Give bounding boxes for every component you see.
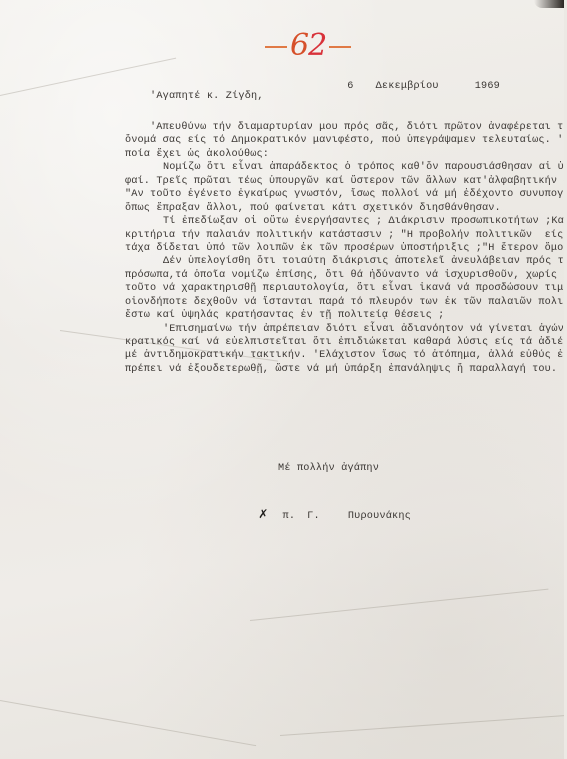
body-line: φαί. Τρεῖς πρῶται τέως ὑπουργῶν καί ὕστε… <box>125 175 545 188</box>
body-line: πρέπει νά ἐξουδετερωθῇ, ὥστε νά μή ὑπάρξ… <box>125 363 545 376</box>
signature-surname: Πυρουνάκης <box>348 511 411 522</box>
body-line: 'Απευθύνω τήν διαμαρτυρίαν μου πρός σᾶς,… <box>125 121 545 134</box>
paper-crease <box>0 700 256 746</box>
letter-date: 6Δεκεμβρίου1969 <box>322 70 500 103</box>
body-line: μέ ἀντιδημοκρατικήν τακτικήν. 'Ελάχιστον… <box>125 349 545 362</box>
body-line: κριτήρια τήν παλαιάν πολιτικήν κατάστασι… <box>125 229 545 242</box>
body-line: ἔστω καί ὑψηλάς κρατήσαντας ἐν τῇ πολιτε… <box>125 309 545 322</box>
signature-initial: π. <box>283 511 296 522</box>
salutation: 'Αγαπητέ κ. Ζίγδη, <box>150 91 264 102</box>
closing-line: Μέ πολλήν ἀγάπην <box>278 463 379 474</box>
body-line: κρατικός καί νά εὐελπιστεῖται ὅτι ἐπιδιώ… <box>125 336 545 349</box>
signature-initial: Γ. <box>307 511 320 522</box>
body-line: Δέν ὑπελογίσθη ὅτι τοιαύτη διάκρισις ἀπο… <box>125 255 545 268</box>
body-line: "Αν τοῦτο ἐγένετο ἐγκαίρως γνωστόν, ἴσως… <box>125 188 545 201</box>
body-line: οἱονδήποτε δεχθοῦν νά ἵστανται παρά τό π… <box>125 296 545 309</box>
body-line: τοῦτο νά χαρακτηρισθῇ περιαυτολογία, ὅτι… <box>125 282 545 295</box>
paper-crease <box>280 715 564 736</box>
paper-crease <box>250 589 548 621</box>
page-mark-dash <box>329 46 351 48</box>
page-mark-digit: 2 <box>308 28 326 63</box>
paper-corner-shadow <box>534 0 564 8</box>
date-day: 6 <box>347 81 353 92</box>
body-line: πρόσωπα,τά ὁποῖα νομίζω ἐπίσης, ὅτι θά ἠ… <box>125 269 545 282</box>
signature-block: ✗π.Γ.Πυρουνάκης <box>233 496 411 533</box>
date-month: Δεκεμβρίου <box>376 81 439 92</box>
page-mark-digit: 6 <box>290 28 308 63</box>
handwritten-mark-icon: ✗ <box>258 507 268 521</box>
body-line: Τί ἐπεδίωξαν οἱ οὕτω ἐνεργήσαντες ; Διάκ… <box>125 215 545 228</box>
page-mark-dash <box>265 46 287 48</box>
body-line: τάχα δίδεται ὑπό τῶν λοιπῶν ἐκ τῶν προσέ… <box>125 242 545 255</box>
body-line: Νομίζω ὅτι εἶναι ἀπαράδεκτος ὁ τρόπος κα… <box>125 161 545 174</box>
body-line: ποία ἔχει ὡς ἀκολούθως: <box>125 148 545 161</box>
date-year: 1969 <box>475 81 500 92</box>
body-line: ὅπως ἔπραξαν ἄλλοι, πού φαίνεται κάτι σχ… <box>125 202 545 215</box>
page-number-mark: 62 <box>262 28 354 63</box>
body-line: ὄνομά σας είς τό Δημοκρατικόν μανιφέστο,… <box>125 134 545 147</box>
letter-body: 'Απευθύνω τήν διαμαρτυρίαν μου πρός σᾶς,… <box>125 121 545 376</box>
letter-page: 62 6Δεκεμβρίου1969 'Αγαπητέ κ. Ζίγδη, 'Α… <box>0 0 564 759</box>
body-line: 'Επισημαίνω τήν ἀπρέπειαν διότι εἶναι ἀδ… <box>125 323 545 336</box>
